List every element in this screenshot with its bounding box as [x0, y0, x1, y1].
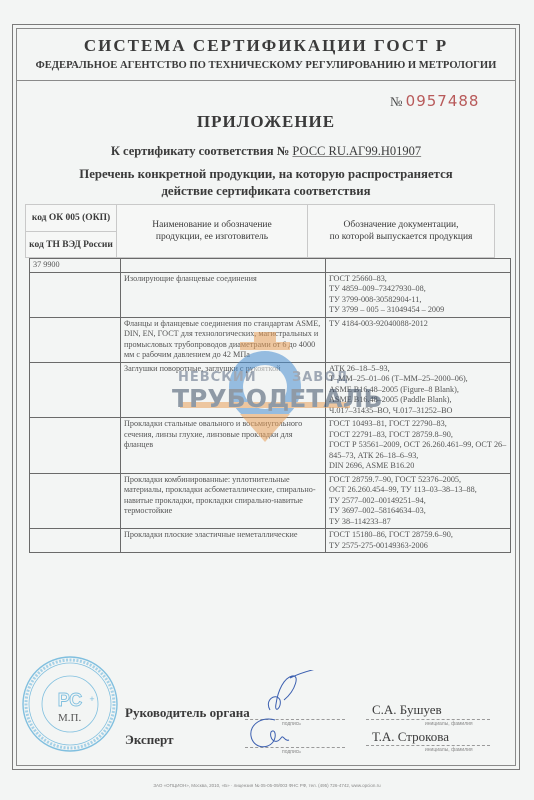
cell-code: [30, 418, 121, 474]
header-separator: [16, 80, 516, 81]
head-signature-icon: [262, 670, 322, 720]
number-sign: №: [390, 94, 402, 109]
cell-documentation: ТУ 4184-003-92040088-2012: [326, 317, 511, 362]
appendix-title: ПРИЛОЖЕНИЕ: [16, 112, 516, 132]
list-title-line2: действие сертификата соответствия: [16, 183, 516, 200]
cell-code: [30, 317, 121, 362]
cell-documentation: АТК 26–18–5–93, Т–ММ–25–01–06 (Т–ММ–25–2…: [326, 362, 511, 418]
table-row: Прокладки плоские эластичные неметалличе…: [30, 529, 511, 553]
expert-label: Эксперт: [125, 732, 173, 748]
cell-code: [30, 473, 121, 529]
cell-documentation: [326, 259, 511, 273]
cell-product: Прокладки комбинированные: уплотнительны…: [121, 473, 326, 529]
table-row-code: 37 9900: [30, 259, 511, 273]
expert-signature-icon: [245, 714, 295, 754]
cell-product: Прокладки стальные овального и восьмиуго…: [121, 418, 326, 474]
certificate-prefix: К сертификату соответствия №: [111, 144, 289, 158]
table-row: Изолирующие фланцевые соединенияГОСТ 256…: [30, 272, 511, 317]
cell-code: 37 9900: [30, 259, 121, 273]
svg-text:+: +: [89, 694, 94, 704]
cell-code: [30, 529, 121, 553]
system-title: СИСТЕМА СЕРТИФИКАЦИИ ГОСТ Р: [16, 36, 516, 56]
products-table: 37 9900 Изолирующие фланцевые соединения…: [29, 258, 511, 553]
cell-documentation: ГОСТ 28759.7–90, ГОСТ 52376–2005, ОСТ 26…: [326, 473, 511, 529]
expert-name-line: [366, 745, 490, 746]
documentation-header: Обозначение документации, по которой вып…: [308, 205, 494, 257]
table-header: код ОК 005 (ОКП) код ТН ВЭД России Наиме…: [25, 204, 495, 258]
form-number: № 0957488: [390, 92, 479, 110]
cell-code: [30, 272, 121, 317]
cell-code: [30, 362, 121, 418]
expert-name: Т.А. Строкова: [372, 729, 449, 745]
agency-name: ФЕДЕРАЛЬНОЕ АГЕНТСТВО ПО ТЕХНИЧЕСКОМУ РЕ…: [16, 60, 516, 71]
table-row: Прокладки комбинированные: уплотнительны…: [30, 473, 511, 529]
cell-product: Заглушки поворотные, заглушки с рукоятко…: [121, 362, 326, 418]
cell-product: Изолирующие фланцевые соединения: [121, 272, 326, 317]
tnved-code-header: код ТН ВЭД России: [26, 232, 116, 257]
cell-product: [121, 259, 326, 273]
cell-documentation: ГОСТ 25660–83, ТУ 4859–009–73427930–08, …: [326, 272, 511, 317]
expert-name-caption: инициалы, фамилия: [425, 747, 473, 753]
form-number-digits: 0957488: [406, 92, 480, 110]
head-label: Руководитель органа: [125, 705, 250, 721]
certification-stamp-icon: РС +: [20, 654, 120, 754]
list-title-line1: Перечень конкретной продукции, на котору…: [16, 166, 516, 183]
list-title: Перечень конкретной продукции, на котору…: [16, 166, 516, 200]
head-name: С.А. Бушуев: [372, 702, 442, 718]
certificate-line: К сертификату соответствия № РОСС RU.АГ9…: [16, 144, 516, 159]
cell-product: Прокладки плоские эластичные неметалличе…: [121, 529, 326, 553]
table-row: Фланцы и фланцевые соединения по стандар…: [30, 317, 511, 362]
okp-code-header: код ОК 005 (ОКП): [26, 205, 116, 232]
table-row: Прокладки стальные овального и восьмиуго…: [30, 418, 511, 474]
stamp-place-label: М.П.: [58, 712, 81, 724]
cell-documentation: ГОСТ 10493–81, ГОСТ 22790–83, ГОСТ 22791…: [326, 418, 511, 474]
product-header: Наименование и обозначение продукции, ее…: [117, 205, 308, 257]
head-name-caption: инициалы, фамилия: [425, 721, 473, 727]
svg-text:РС: РС: [58, 690, 83, 710]
head-name-line: [366, 719, 490, 720]
cell-product: Фланцы и фланцевые соединения по стандар…: [121, 317, 326, 362]
code-header-cell: код ОК 005 (ОКП) код ТН ВЭД России: [26, 205, 117, 257]
table-row: Заглушки поворотные, заглушки с рукоятко…: [30, 362, 511, 418]
cell-documentation: ГОСТ 15180–86, ГОСТ 28759.6–90, ТУ 2575-…: [326, 529, 511, 553]
printer-imprint: ЗАО «ОПЦИОН», Москва, 2010, «Б» · лиценз…: [0, 783, 534, 788]
certificate-number: РОСС RU.АГ99.Н01907: [292, 144, 421, 158]
